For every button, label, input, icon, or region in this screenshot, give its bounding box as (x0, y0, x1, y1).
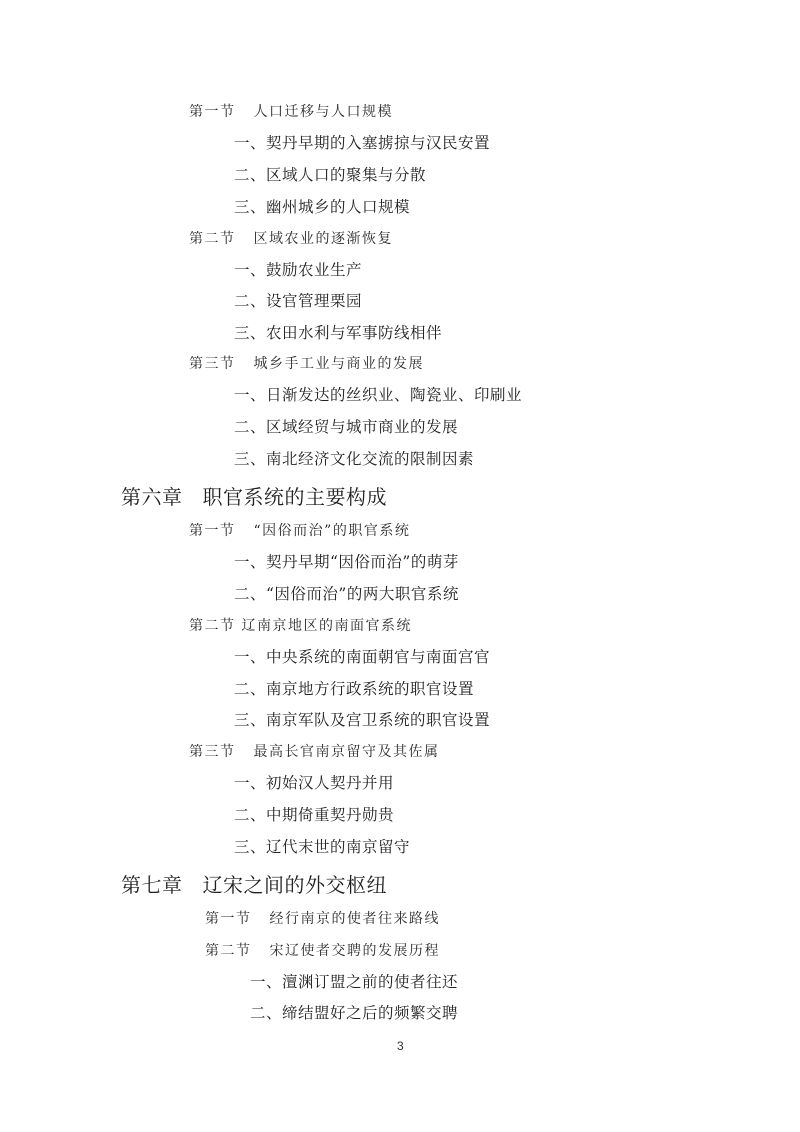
toc-item: 一、初始汉人契丹并用 (234, 776, 394, 792)
section-number: 第三节 (189, 356, 236, 372)
section-title: 区域农业的逐渐恢复 (254, 231, 394, 247)
toc-item: 三、南北经济文化交流的限制因素 (234, 452, 474, 468)
toc-item: 二、区域人口的聚集与分散 (234, 168, 426, 184)
section-number: 第二节 (205, 943, 252, 959)
toc-section-5-2: 第二节区域农业的逐渐恢复 (189, 232, 393, 246)
section-title: 辽南京地区的南面官系统 (242, 618, 413, 634)
toc-item: 一、契丹早期“因俗而治”的萌芽 (234, 555, 459, 571)
toc-section-7-1: 第一节经行南京的使者往来路线 (205, 912, 440, 926)
section-title: 宋辽使者交聘的发展历程 (270, 943, 441, 959)
toc-item: 二、“因俗而治”的两大职官系统 (234, 587, 459, 603)
section-number: 第二节 (189, 231, 236, 247)
section-number: 第三节 (189, 744, 236, 760)
toc-section-6-1: 第一节“因俗而治”的职官系统 (189, 524, 410, 538)
toc-item: 一、日渐发达的丝织业、陶瓷业、印刷业 (234, 388, 522, 404)
toc-chapter-6: 第六章职官系统的主要构成 (121, 487, 387, 507)
toc-item: 二、区域经贸与城市商业的发展 (234, 420, 458, 436)
chapter-title: 辽宋之间的外交枢纽 (203, 873, 388, 897)
toc-item: 二、缔结盟好之后的频繁交聘 (250, 1006, 458, 1022)
toc-section-5-3: 第三节城乡手工业与商业的发展 (189, 357, 424, 371)
toc-item: 一、中央系统的南面朝官与南面宫官 (234, 650, 490, 666)
toc-section-6-3: 第三节最高长官南京留守及其佐属 (189, 745, 440, 759)
toc-item: 二、设官管理栗园 (234, 294, 362, 310)
section-number: 第一节 (205, 911, 252, 927)
section-number: 第一节 (189, 523, 236, 539)
toc-item: 三、农田水利与军事防线相伴 (234, 326, 442, 342)
toc-item: 二、中期倚重契丹勋贵 (234, 808, 394, 824)
page-number: 3 (397, 1040, 404, 1052)
toc-item: 二、南京地方行政系统的职官设置 (234, 682, 474, 698)
toc-item: 一、鼓励农业生产 (234, 263, 362, 279)
toc-item: 三、幽州城乡的人口规模 (234, 200, 410, 216)
toc-item: 三、南京军队及宫卫系统的职官设置 (234, 713, 490, 729)
chapter-title: 职官系统的主要构成 (203, 485, 388, 509)
chapter-number: 第六章 (121, 485, 183, 509)
section-number: 第二节 (189, 618, 236, 634)
toc-chapter-7: 第七章辽宋之间的外交枢纽 (121, 875, 387, 895)
section-number: 第一节 (189, 104, 236, 120)
toc-section-6-2: 第二节辽南京地区的南面官系统 (189, 619, 412, 633)
toc-item: 一、澶渊订盟之前的使者往还 (250, 975, 458, 991)
toc-item: 三、辽代末世的南京留守 (234, 840, 410, 856)
section-title: 人口迁移与人口规模 (254, 104, 394, 120)
section-title: 经行南京的使者往来路线 (270, 911, 441, 927)
toc-section-7-2: 第二节宋辽使者交聘的发展历程 (205, 944, 440, 958)
toc-item: 一、契丹早期的入塞掳掠与汉民安置 (234, 136, 490, 152)
toc-section-5-1: 第一节人口迁移与人口规模 (189, 105, 393, 119)
section-title: 城乡手工业与商业的发展 (254, 356, 425, 372)
chapter-number: 第七章 (121, 873, 183, 897)
section-title: “因俗而治”的职官系统 (254, 523, 411, 539)
section-title: 最高长官南京留守及其佐属 (254, 744, 440, 760)
